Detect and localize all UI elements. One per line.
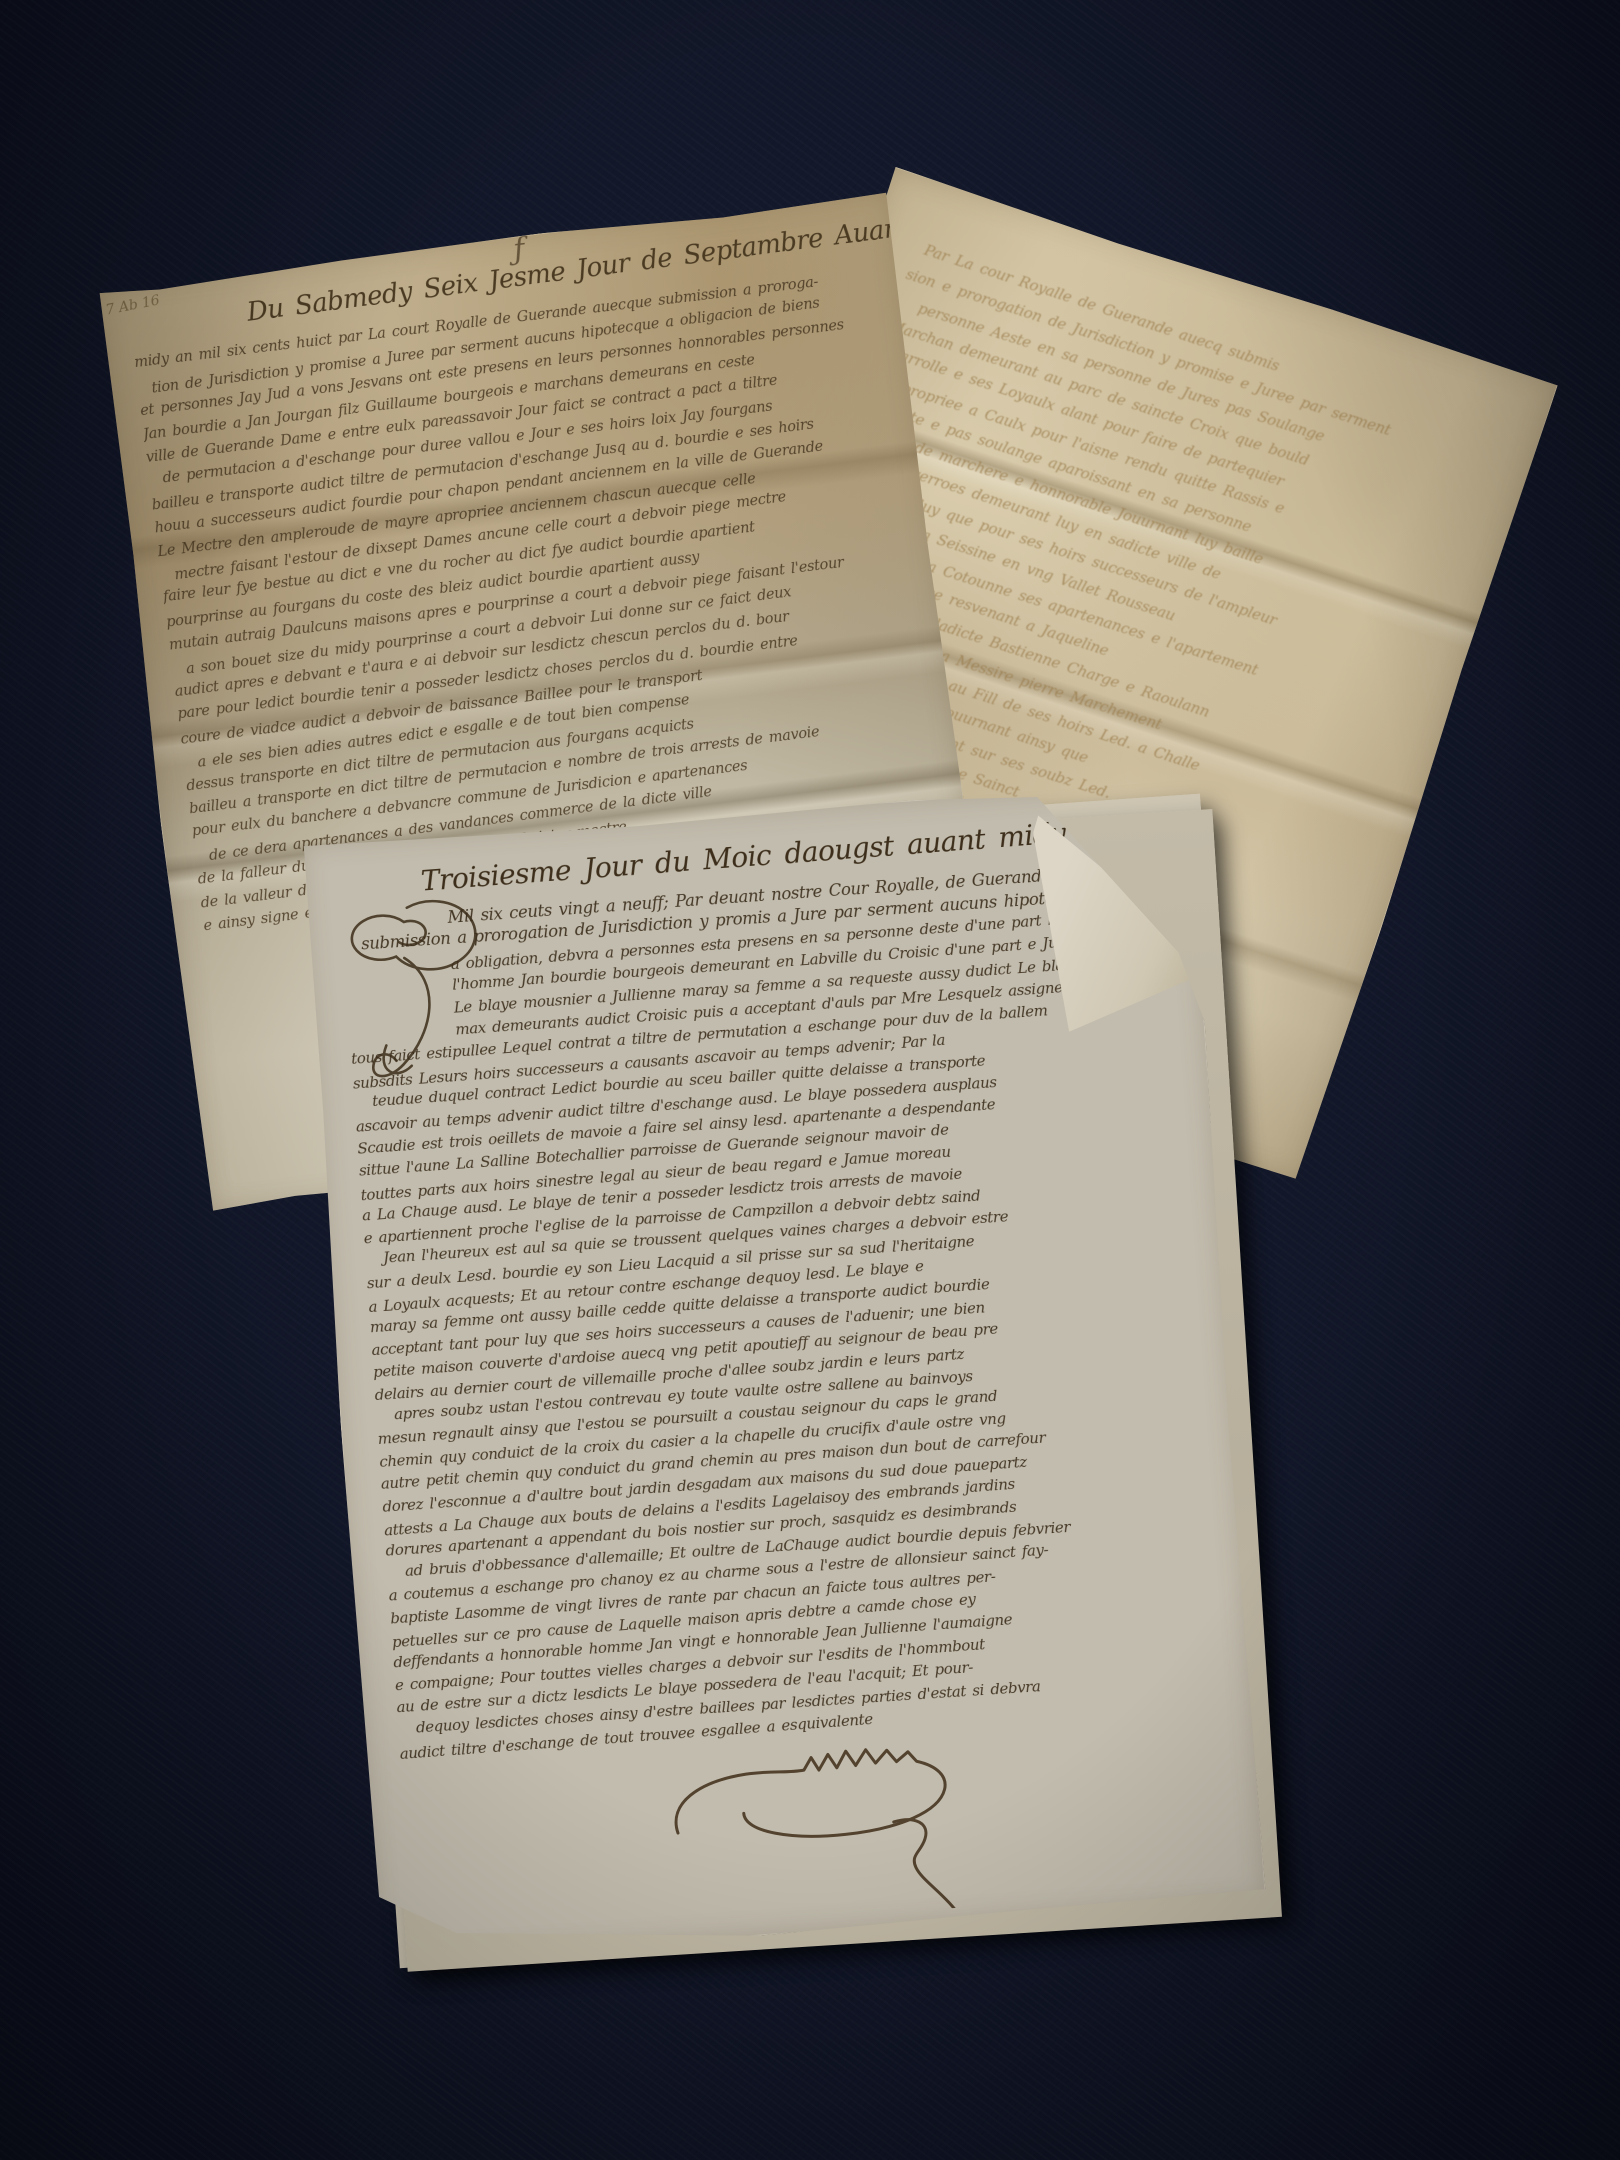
document-front: Troisiesme Jour du Moic daougst auant mi… bbox=[300, 781, 1266, 1962]
archival-note: 7 Ab 16 bbox=[104, 292, 161, 318]
photo-stage: Par La cour Royalle de Guerande auecq su… bbox=[0, 0, 1620, 2160]
signature-paraph bbox=[651, 1712, 1043, 1928]
